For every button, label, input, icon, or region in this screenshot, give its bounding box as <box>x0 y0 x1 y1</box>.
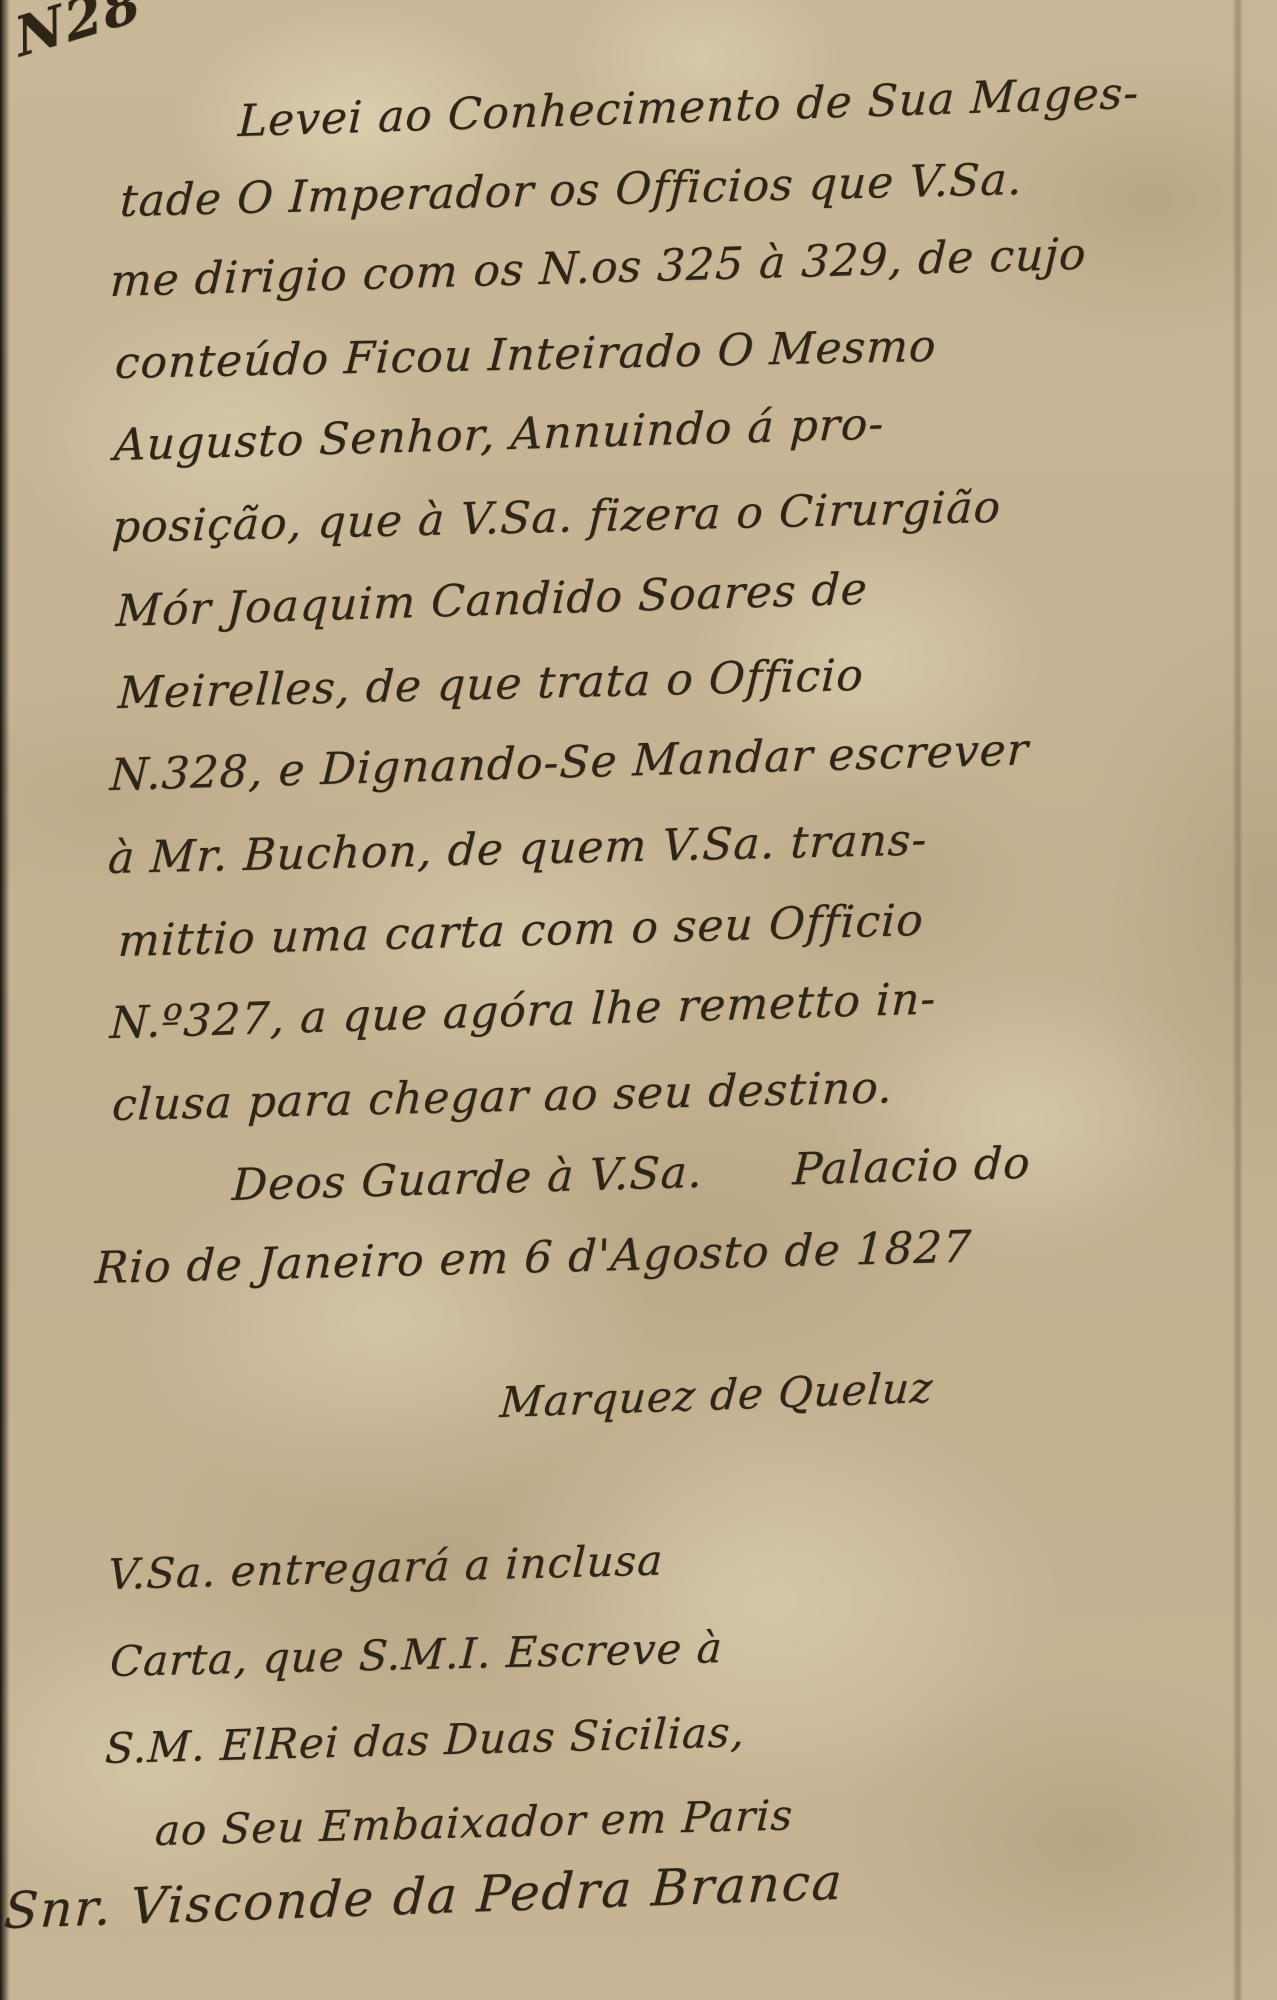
manuscript-line: Levei ao Conhecimento de Sua Mages- <box>237 68 1140 147</box>
signature: Marquez de Queluz <box>498 1363 935 1427</box>
postscript-line: ao Seu Embaixador em Paris <box>154 1790 794 1855</box>
manuscript-line: clusa para chegar ao seu destino. <box>111 1062 894 1131</box>
postscript-line: V.Sa. entregará a inclusa <box>107 1535 664 1599</box>
manuscript-line: Meirelles, de que trata o Officio <box>117 650 865 719</box>
manuscript-line: Deos Guarde à V.Sa. Palacio do <box>231 1138 1032 1211</box>
document-number: N28 <box>10 0 147 70</box>
manuscript-line: à Mr. Buchon, de quem V.Sa. trans- <box>107 814 929 884</box>
addressee-line: Snr. Visconde da Pedra Branca <box>2 1853 845 1940</box>
manuscript-line: conteúdo Ficou Inteirado O Mesmo <box>114 321 938 389</box>
manuscript-line: N.328, e Dignando-Se Mandar escrever <box>109 724 1030 801</box>
manuscript-line: mittio uma carta com o seu Officio <box>117 895 925 967</box>
postscript-line: Carta, que S.M.I. Escreve à <box>109 1623 724 1686</box>
manuscript-line: Rio de Janeiro em 6 d'Agosto de 1827 <box>94 1222 973 1294</box>
postscript-line: S.M. ElRei das Duas Sicilias, <box>104 1707 746 1773</box>
manuscript-page: N28 Levei ao Conhecimento de Sua Mages- … <box>0 0 1277 2000</box>
manuscript-line: Mór Joaquim Candido Soares de <box>115 564 869 637</box>
manuscript-line: me dirigio com os N.os 325 à 329, de cuj… <box>109 229 1088 307</box>
manuscript-line: posição, que à V.Sa. fizera o Cirurgião <box>111 482 1002 553</box>
manuscript-line: N.º327, a que agóra lhe remetto in- <box>109 973 937 1049</box>
manuscript-line: tade O Imperador os Officios que V.Sa. <box>119 154 1024 227</box>
manuscript-line: Augusto Senhor, Annuindo á pro- <box>113 398 885 471</box>
